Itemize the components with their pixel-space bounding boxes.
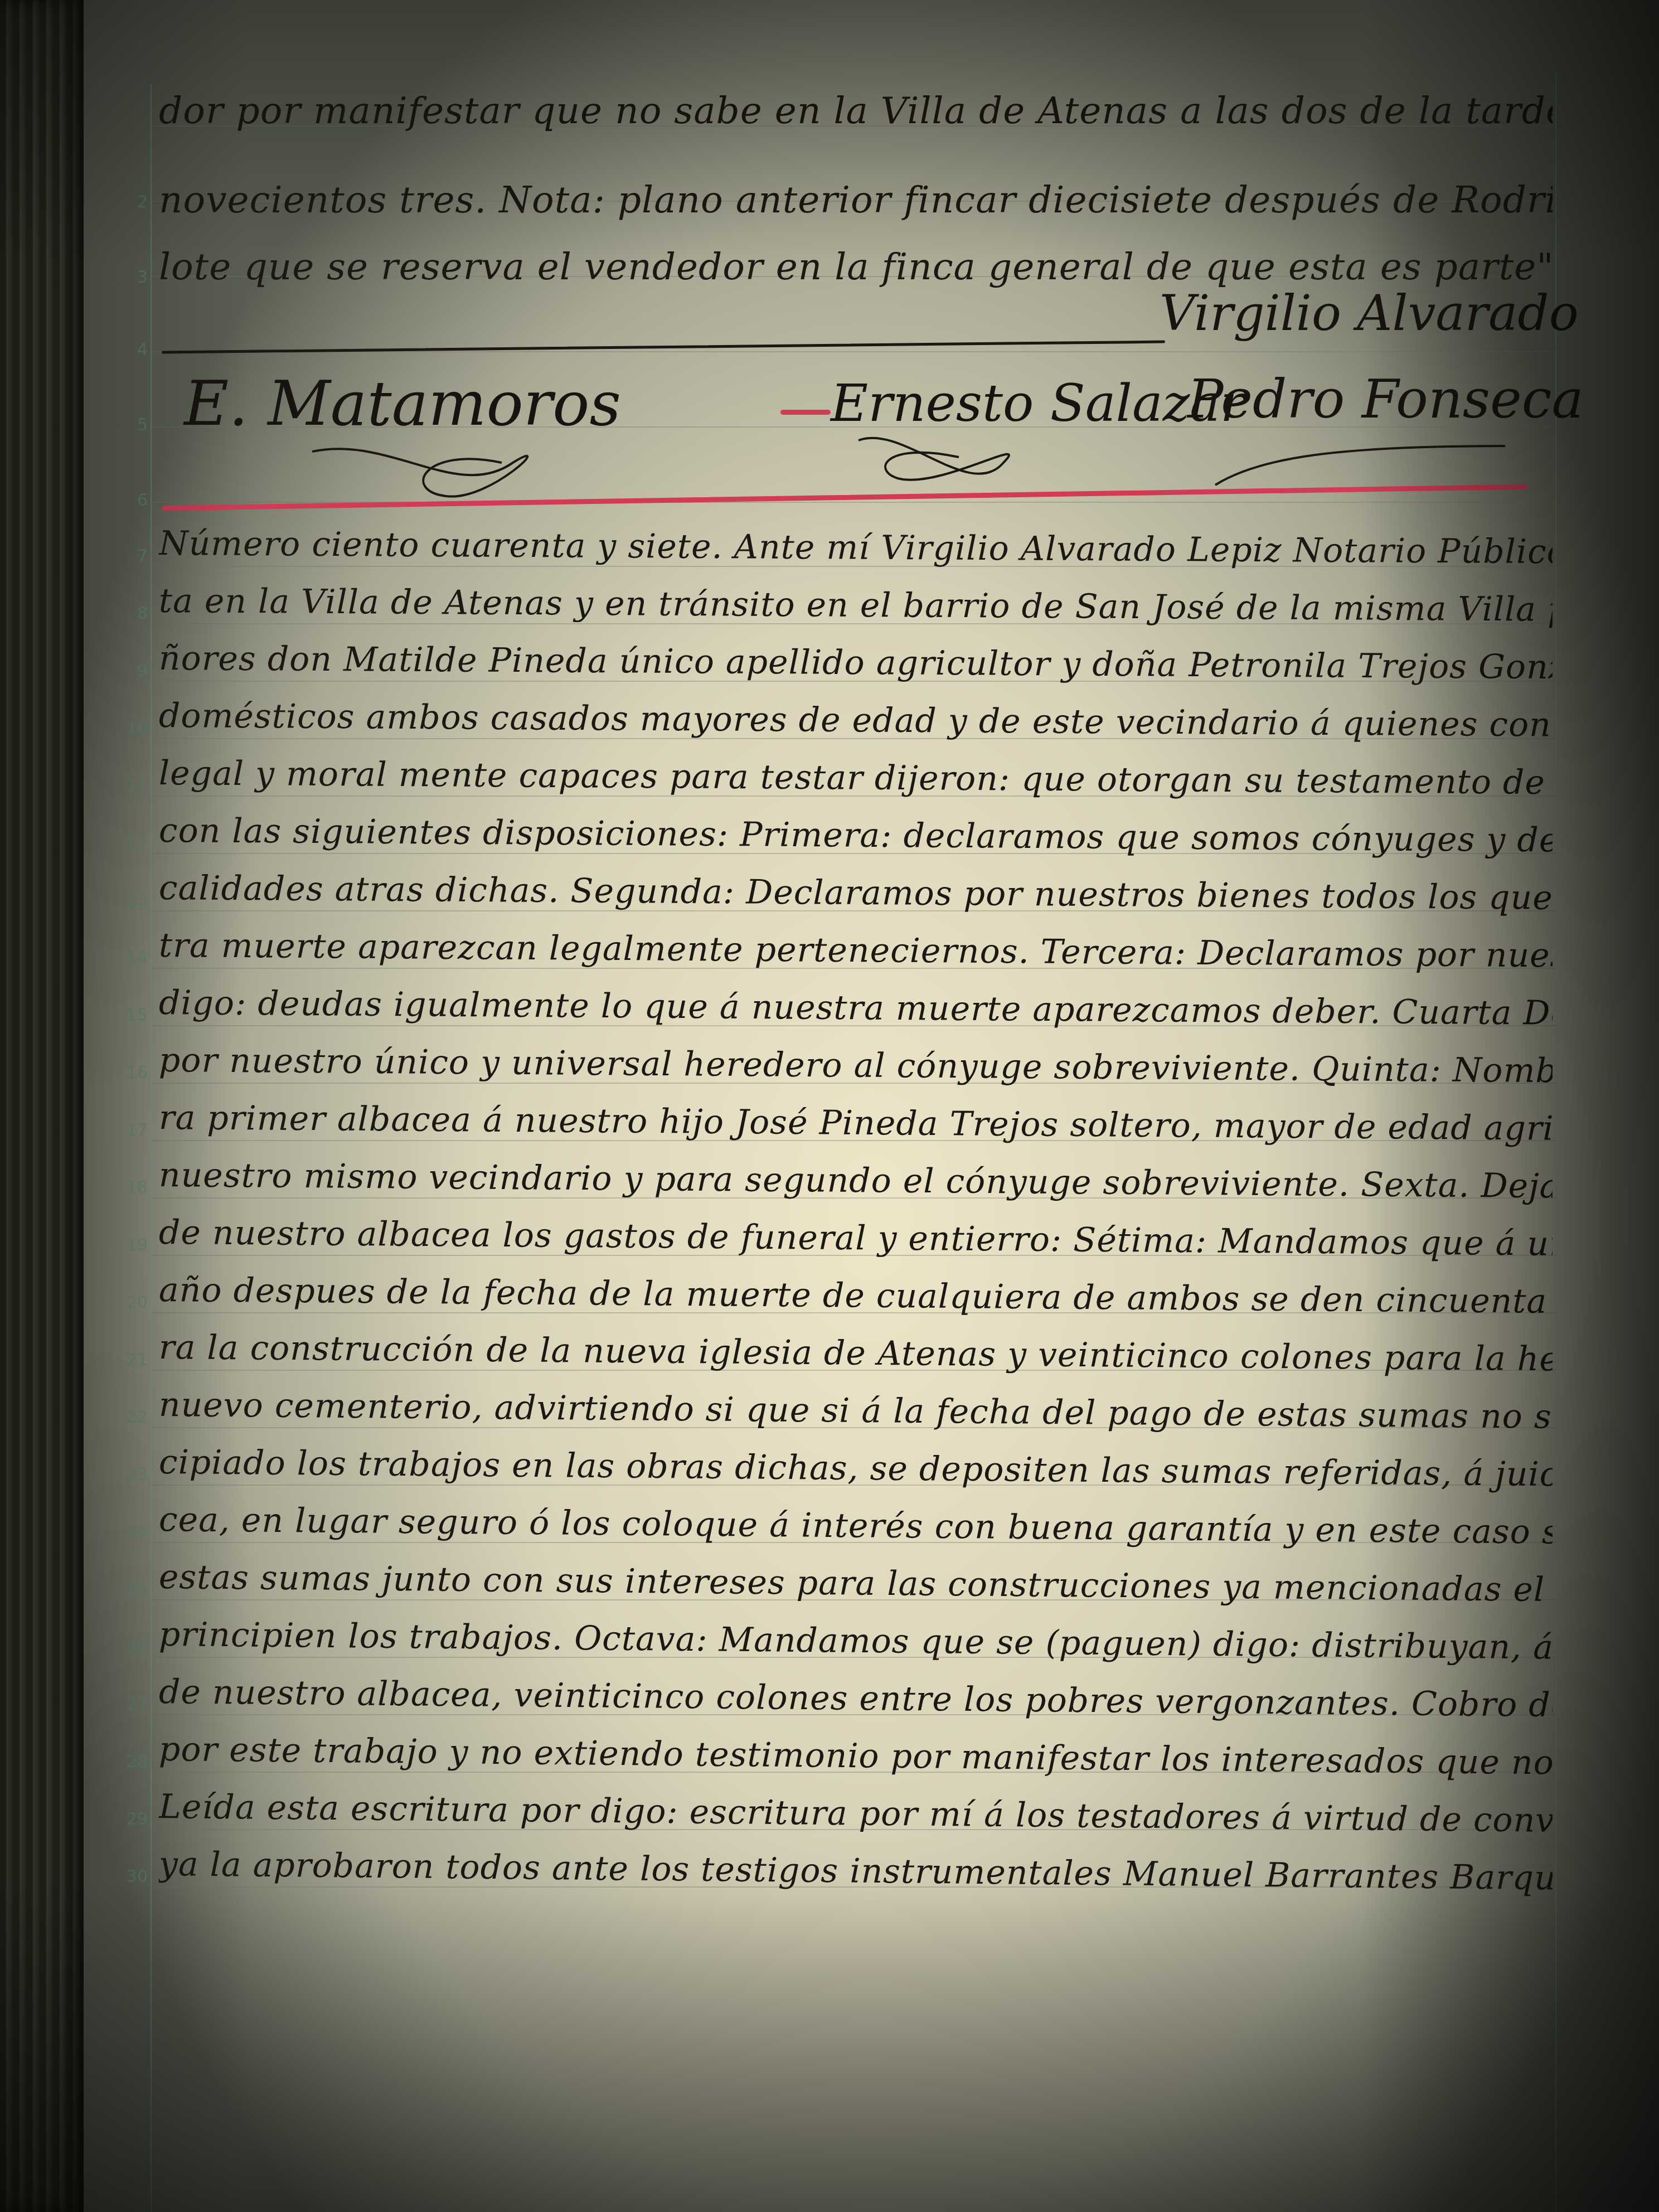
line-number: 27	[123, 1695, 148, 1714]
line-number: 19	[123, 1235, 148, 1255]
line-number: 10	[123, 719, 148, 738]
line-number: 11	[123, 776, 148, 795]
line-number: 4	[123, 340, 148, 360]
line-number: 29	[123, 1810, 148, 1829]
line-number: 22	[123, 1408, 148, 1427]
line-number: 16	[123, 1063, 148, 1083]
line-number: 13	[123, 891, 148, 910]
line-number: 24	[123, 1522, 148, 1542]
line-number: 21	[123, 1350, 148, 1370]
line-number: 5	[123, 415, 148, 435]
line-number: 9	[123, 661, 148, 681]
closing-line-3: lote que se reserva el vendedor en la fi…	[159, 245, 1553, 288]
line-number: 6	[123, 491, 148, 510]
line-number: 7	[123, 546, 148, 566]
line-number: 8	[123, 604, 148, 623]
line-number: 12	[123, 833, 148, 853]
line-number: 23	[123, 1465, 148, 1485]
line-number: 14	[123, 948, 148, 968]
line-number: 15	[123, 1006, 148, 1025]
line-number: 28	[123, 1752, 148, 1772]
left-margin-rule	[151, 84, 152, 2212]
closing-line-1: dor por manifestar que no sabe en la Vil…	[159, 89, 1553, 132]
ledger-page-stack-edge	[0, 0, 84, 2212]
line-number: 20	[123, 1293, 148, 1312]
line-number: 18	[123, 1178, 148, 1197]
line-number: 26	[123, 1637, 148, 1657]
line-number: 3	[123, 268, 148, 287]
line-number: 17	[123, 1120, 148, 1140]
line-number: 2	[123, 192, 148, 212]
notary-signature: Virgilio Alvarado	[1160, 284, 1579, 342]
closing-line-2: novecientos tres. Nota: plano anterior f…	[159, 178, 1553, 221]
line-number: 30	[123, 1867, 148, 1886]
line-number: 25	[123, 1580, 148, 1599]
